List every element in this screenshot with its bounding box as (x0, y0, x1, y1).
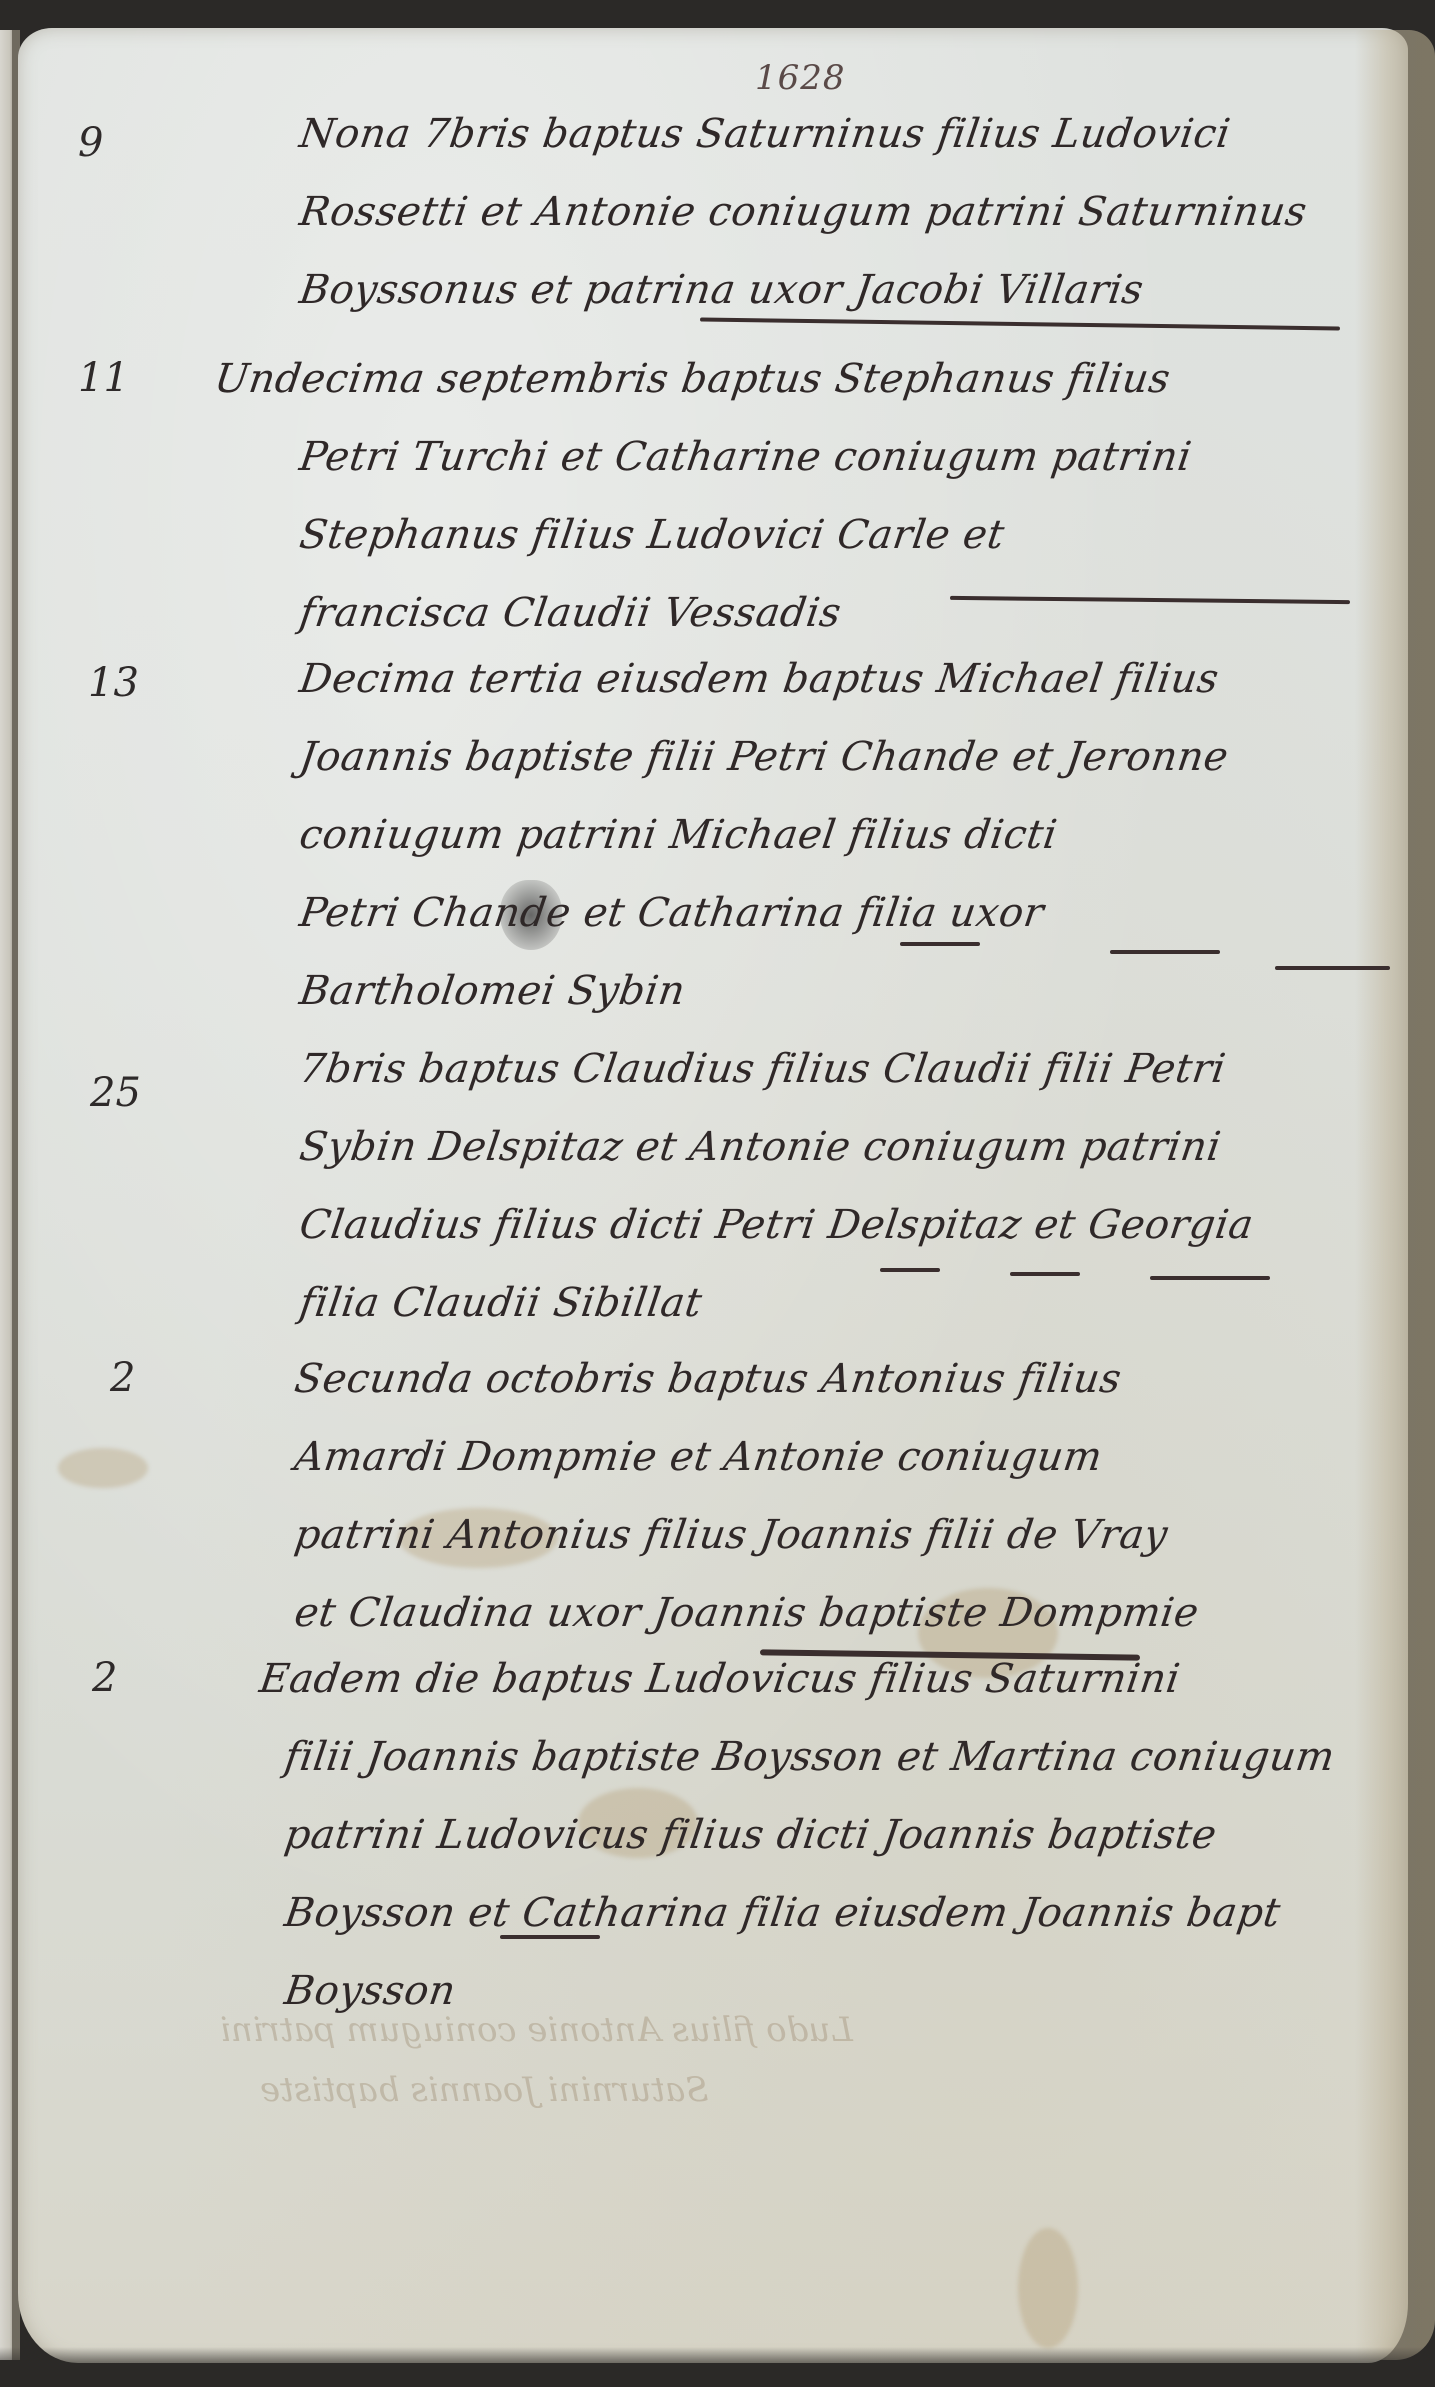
entry-day: 9 (78, 120, 103, 166)
separator-rule (500, 1935, 600, 1939)
entry-line: Sybin Delspitaz et Antonie coniugum patr… (295, 1108, 1435, 1186)
entry-line: Petri Turchi et Catharine coniugum patri… (210, 418, 1361, 496)
entry-day: 13 (88, 660, 139, 706)
show-through-text: Saturnini Joannis baptiste (260, 2070, 709, 2110)
separator-rule (900, 942, 980, 946)
entry-day: 25 (90, 1070, 141, 1116)
entry-text: 7bris baptus Claudius filius Claudii fil… (300, 1030, 1435, 1342)
bottom-shadow (0, 2347, 1435, 2387)
show-through-text: Ludo filius Antonie coniugum patrini (220, 2010, 853, 2050)
entry-line: Rossetti et Antonie coniugum patrini Sat… (295, 173, 1435, 251)
entry-text: Eadem die baptus Ludovicus filius Saturn… (260, 1640, 1400, 2030)
entry-line: Secunda octobris baptus Antonius filius (290, 1340, 1435, 1418)
foxing-stain (1018, 2228, 1078, 2348)
entry-line: Petri Chande et Catharina filia uxor (295, 874, 1435, 952)
entry-line: Boyssonus et patrina uxor Jacobi Villari… (295, 251, 1435, 329)
entry-text: Decima tertia eiusdem baptus Michael fil… (300, 640, 1435, 1030)
entry-text: Secunda octobris baptus Antonius filius … (295, 1340, 1435, 1652)
year-heading: 1628 (755, 58, 846, 98)
entry-line: patrini Ludovicus filius dicti Joannis b… (255, 1796, 1406, 1874)
separator-rule (880, 1268, 940, 1272)
entry-line: Undecima septembris baptus Stephanus fil… (210, 340, 1361, 418)
entry-line: coniugum patrini Michael filius dicti (295, 796, 1435, 874)
entry-line: filii Joannis baptiste Boysson et Martin… (255, 1718, 1406, 1796)
entry-line: Stephanus filius Ludovici Carle et (210, 496, 1361, 574)
separator-rule (1150, 1276, 1270, 1280)
entry-day: 11 (78, 355, 129, 401)
separator-rule (1110, 950, 1220, 954)
separator-rule (1275, 966, 1390, 970)
entry-line: patrini Antonius filius Joannis filii de… (290, 1496, 1435, 1574)
entry-text: Undecima septembris baptus Stephanus fil… (215, 340, 1355, 652)
entry-day: 2 (92, 1655, 117, 1701)
manuscript-scan: 1628 9 Nona 7bris baptus Saturninus fili… (0, 0, 1435, 2387)
entry-line: Claudius filius dicti Petri Delspitaz et… (295, 1186, 1435, 1264)
entry-line: Nona 7bris baptus Saturninus filius Ludo… (295, 95, 1435, 173)
entry-line: Joannis baptiste filii Petri Chande et J… (295, 718, 1435, 796)
entry-line: Boysson et Catharina filia eiusdem Joann… (255, 1874, 1406, 1952)
entry-line: 7bris baptus Claudius filius Claudii fil… (295, 1030, 1435, 1108)
separator-rule (1010, 1272, 1080, 1276)
entry-day: 2 (110, 1355, 135, 1401)
entry-text: Nona 7bris baptus Saturninus filius Ludo… (300, 95, 1435, 329)
entry-line: Decima tertia eiusdem baptus Michael fil… (295, 640, 1435, 718)
foxing-stain (58, 1448, 148, 1488)
entry-line: Bartholomei Sybin (295, 952, 1435, 1030)
entry-line: Amardi Dompmie et Antonie coniugum (290, 1418, 1435, 1496)
